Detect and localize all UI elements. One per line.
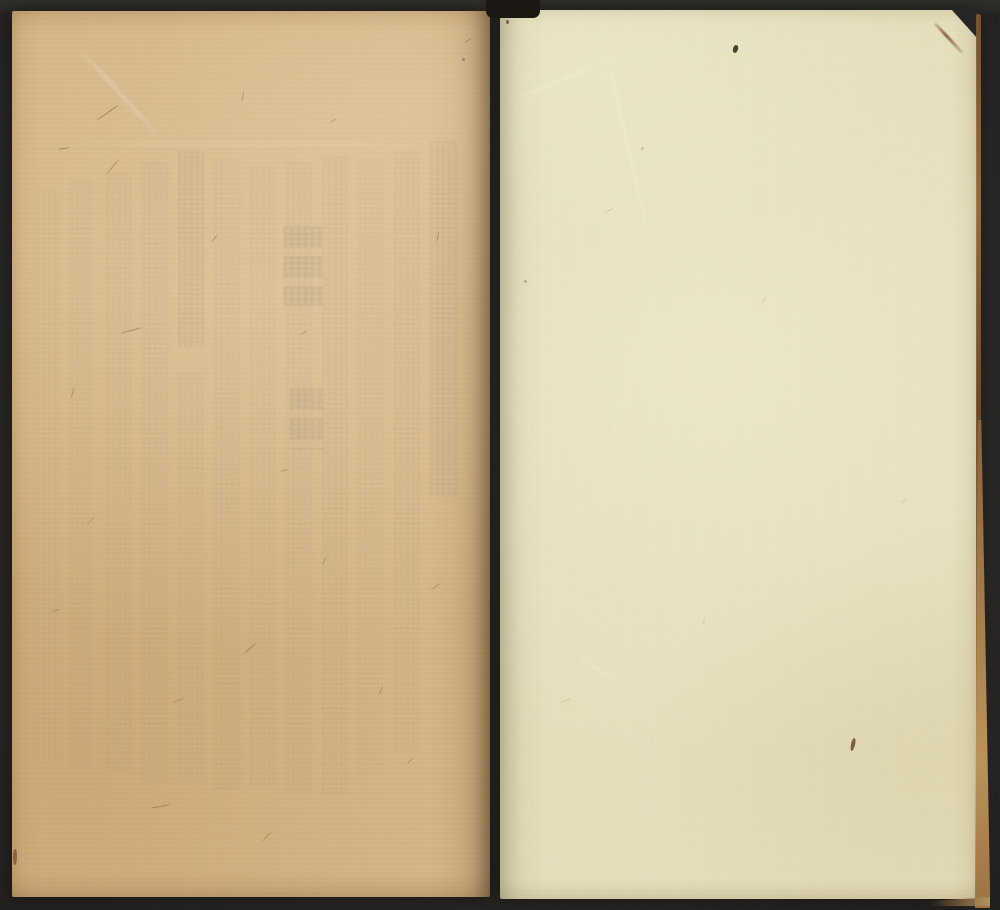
binding-gutter (486, 0, 540, 18)
left-page (12, 11, 490, 897)
worn-corner (951, 9, 978, 39)
right-page (500, 10, 977, 899)
corner-fold-line (934, 22, 963, 53)
book-scan-scene (0, 0, 1000, 910)
